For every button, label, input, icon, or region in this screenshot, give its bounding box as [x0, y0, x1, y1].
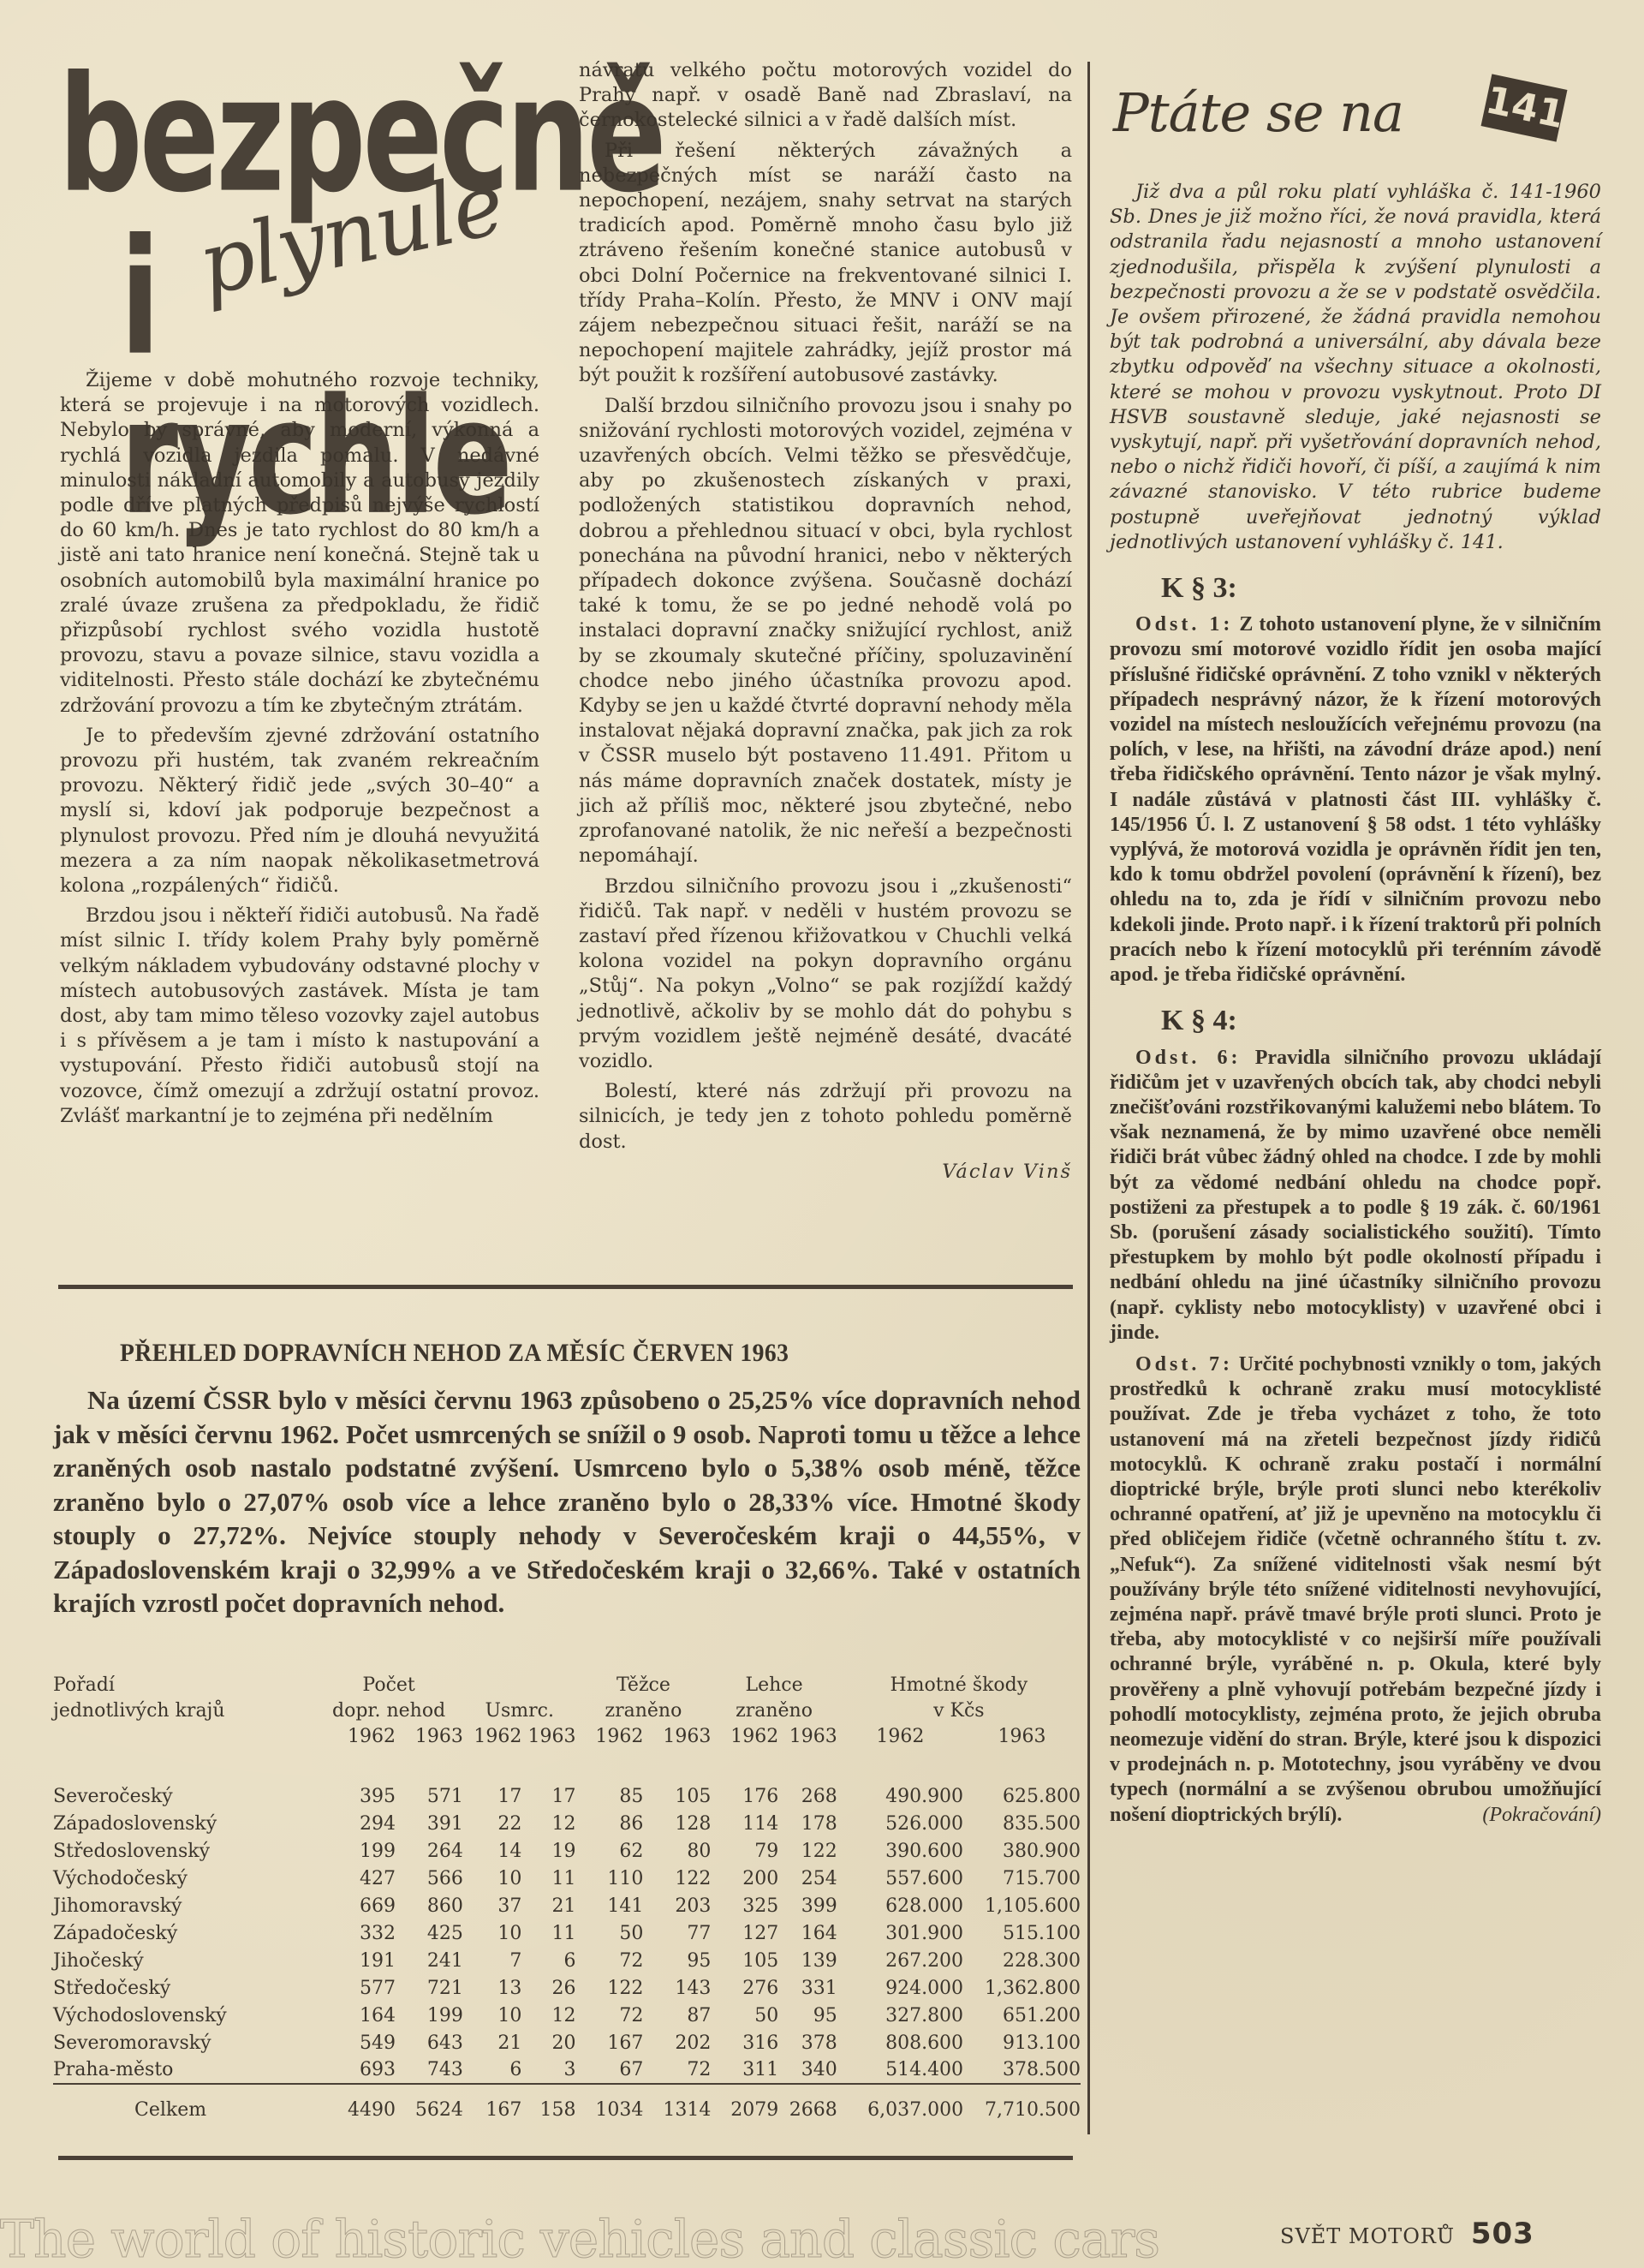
magazine-name: SVĚT MOTORŮ	[1280, 2224, 1455, 2248]
table-row: Jihočeský191241767295105139267.200228.30…	[53, 1947, 1081, 1974]
value-cell: 693	[314, 2056, 396, 2084]
value-cell: 267.200	[837, 1947, 963, 1974]
article-headline: bezpečně i rychle plynule	[51, 56, 565, 364]
value-cell: 14	[463, 1837, 521, 1865]
header-cell: Usmrc.	[463, 1700, 576, 1726]
value-cell: 176	[711, 1782, 778, 1810]
clause-paragraph: Odst. 1: Z tohoto ustanovení plyne, že v…	[1110, 612, 1601, 988]
statistics-summary: Na území ČSSR bylo v měsíci červnu 1963 …	[53, 1383, 1081, 1620]
value-cell: 378	[778, 2029, 837, 2056]
total-cell: 4490	[314, 2084, 396, 2135]
intro-paragraph: Již dva a půl roku platí vyhláška č. 141…	[1110, 180, 1601, 555]
value-cell: 860	[396, 1892, 463, 1919]
year-cell: 1962	[463, 1726, 521, 1769]
year-cell: 1963	[963, 1726, 1081, 1769]
section-divider	[58, 1285, 1073, 1289]
region-name: Severomoravský	[53, 2029, 314, 2056]
value-cell: 268	[778, 1782, 837, 1810]
value-cell: 715.700	[963, 1865, 1081, 1892]
value-cell: 139	[778, 1947, 837, 1974]
value-cell: 526.000	[837, 1810, 963, 1837]
year-cell: 1962	[575, 1726, 643, 1769]
value-cell: 490.900	[837, 1782, 963, 1810]
region-name: Praha-město	[53, 2056, 314, 2084]
header-cell	[463, 1674, 576, 1700]
value-cell: 85	[575, 1782, 643, 1810]
value-cell: 628.000	[837, 1892, 963, 1919]
rubric-title: Ptáte se na	[1113, 81, 1403, 144]
region-name: Severočeský	[53, 1782, 314, 1810]
value-cell: 164	[314, 2002, 396, 2029]
total-cell: 7,710.500	[963, 2084, 1081, 2135]
value-cell: 276	[711, 1974, 778, 2002]
value-cell: 20	[521, 2029, 575, 2056]
value-cell: 264	[396, 1837, 463, 1865]
paragraph: Žijeme v době mohutného rozvoje techniky…	[60, 368, 539, 719]
value-cell: 571	[396, 1782, 463, 1810]
total-cell: 1314	[643, 2084, 711, 2135]
value-cell: 399	[778, 1892, 837, 1919]
value-cell: 294	[314, 1810, 396, 1837]
value-cell: 228.300	[963, 1947, 1081, 1974]
table-row: Západoslovenský294391221286128114178526.…	[53, 1810, 1081, 1837]
value-cell: 316	[711, 2029, 778, 2056]
value-cell: 643	[396, 2029, 463, 2056]
value-cell: 625.800	[963, 1782, 1081, 1810]
value-cell: 380.900	[963, 1837, 1081, 1865]
value-cell: 105	[643, 1782, 711, 1810]
year-cell: 1963	[778, 1726, 837, 1769]
paragraph: Při řešení některých závažných a nebezpe…	[579, 139, 1072, 389]
table-row: Středoslovenský1992641419628079122390.60…	[53, 1837, 1081, 1865]
value-cell: 122	[575, 1974, 643, 2002]
page-number: 503	[1471, 2217, 1534, 2251]
value-cell: 86	[575, 1810, 643, 1837]
value-cell: 79	[711, 1837, 778, 1865]
value-cell: 72	[643, 2056, 711, 2084]
value-cell: 378.500	[963, 2056, 1081, 2084]
value-cell: 62	[575, 1837, 643, 1865]
value-cell: 10	[463, 2002, 521, 2029]
clause-text: Z tohoto ustanovení plyne, že v silniční…	[1110, 613, 1601, 986]
value-cell: 340	[778, 2056, 837, 2084]
table-total-row: Celkem 4490 5624 167 158 1034 1314 2079 …	[53, 2084, 1081, 2135]
value-cell: 95	[643, 1947, 711, 1974]
value-cell: 1,105.600	[963, 1892, 1081, 1919]
value-cell: 669	[314, 1892, 396, 1919]
value-cell: 178	[778, 1810, 837, 1837]
year-cell: 1963	[643, 1726, 711, 1769]
paragraph: Další brzdou silničního provozu jsou i s…	[579, 394, 1072, 869]
table-body: Severočeský395571171785105176268490.9006…	[53, 1782, 1081, 2084]
value-cell: 391	[396, 1810, 463, 1837]
value-cell: 301.900	[837, 1919, 963, 1947]
value-cell: 50	[575, 1919, 643, 1947]
value-cell: 72	[575, 2002, 643, 2029]
value-cell: 924.000	[837, 1974, 963, 2002]
value-cell: 80	[643, 1837, 711, 1865]
table-row: Severočeský395571171785105176268490.9006…	[53, 1782, 1081, 1810]
value-cell: 13	[463, 1974, 521, 2002]
region-name: Východoslovenský	[53, 2002, 314, 2029]
value-cell: 913.100	[963, 2029, 1081, 2056]
value-cell: 87	[643, 2002, 711, 2029]
table-row: Východočeský4275661011110122200254557.60…	[53, 1865, 1081, 1892]
value-cell: 72	[575, 1947, 643, 1974]
paragraph: Brzdou jsou i někteří řidiči autobusů. N…	[60, 904, 539, 1129]
total-cell: 167	[463, 2084, 521, 2135]
table-row: Severomoravský5496432120167202316378808.…	[53, 2029, 1081, 2056]
value-cell: 122	[643, 1865, 711, 1892]
table-row: Praha-město693743636772311340514.400378.…	[53, 2056, 1081, 2084]
value-cell: 515.100	[963, 1919, 1081, 1947]
year-cell: 1962	[711, 1726, 778, 1769]
region-name: Východočeský	[53, 1865, 314, 1892]
header-cell: Hmotné škody	[837, 1674, 1081, 1700]
value-cell: 17	[463, 1782, 521, 1810]
value-cell: 143	[643, 1974, 711, 2002]
value-cell: 549	[314, 2029, 396, 2056]
clause-label: Odst. 6:	[1135, 1047, 1242, 1069]
value-cell: 651.200	[963, 2002, 1081, 2029]
header-cell: v Kčs	[837, 1700, 1081, 1726]
region-name: Západoslovenský	[53, 1810, 314, 1837]
value-cell: 332	[314, 1919, 396, 1947]
region-name: Západočeský	[53, 1919, 314, 1947]
paragraph: Je to především zjevné zdržování ostatní…	[60, 724, 539, 898]
paragraph: Bolestí, které nás zdržují při provozu n…	[579, 1079, 1072, 1155]
header-cell: Počet	[314, 1674, 463, 1700]
table-bottom-rule	[58, 2156, 1073, 2160]
year-cell: 1963	[521, 1726, 575, 1769]
value-cell: 390.600	[837, 1837, 963, 1865]
accident-statistics-table: Pořadí Počet Těžce Lehce Hmotné škody je…	[53, 1674, 1081, 2135]
header-cell: jednotlivých krajů	[53, 1700, 314, 1726]
value-cell: 557.600	[837, 1865, 963, 1892]
value-cell: 577	[314, 1974, 396, 2002]
continued-note: (Pokračování)	[1456, 1803, 1601, 1828]
value-cell: 21	[463, 2029, 521, 2056]
region-name: Jihočeský	[53, 1947, 314, 1974]
value-cell: 26	[521, 1974, 575, 2002]
value-cell: 17	[521, 1782, 575, 1810]
value-cell: 141	[575, 1892, 643, 1919]
value-cell: 19	[521, 1837, 575, 1865]
value-cell: 50	[711, 2002, 778, 2029]
value-cell: 12	[521, 2002, 575, 2029]
page-footer: SVĚT MOTORŮ 503	[1280, 2217, 1534, 2251]
value-cell: 202	[643, 2029, 711, 2056]
value-cell: 835.500	[963, 1810, 1081, 1837]
value-cell: 566	[396, 1865, 463, 1892]
total-cell: 2668	[778, 2084, 837, 2135]
clause-text: Pravidla silničního provozu ukládají řid…	[1110, 1047, 1601, 1344]
value-cell: 10	[463, 1919, 521, 1947]
value-cell: 395	[314, 1782, 396, 1810]
total-cell: 158	[521, 2084, 575, 2135]
header-cell: Pořadí	[53, 1674, 314, 1700]
clause-paragraph: Odst. 7: Určité pochybnosti vznikly o to…	[1110, 1352, 1601, 1828]
section-k4: Odst. 6: Pravidla silničního provozu ukl…	[1110, 1046, 1601, 1828]
value-cell: 254	[778, 1865, 837, 1892]
total-cell: 6,037.000	[837, 2084, 963, 2135]
value-cell: 514.400	[837, 2056, 963, 2084]
value-cell: 331	[778, 1974, 837, 2002]
value-cell: 427	[314, 1865, 396, 1892]
value-cell: 6	[521, 1947, 575, 1974]
value-cell: 11	[521, 1865, 575, 1892]
region-name: Středočeský	[53, 1974, 314, 2002]
table-header-row-2: jednotlivých krajů dopr. nehod Usmrc. zr…	[53, 1700, 1081, 1726]
header-cell: zraněno	[711, 1700, 837, 1726]
value-cell: 22	[463, 1810, 521, 1837]
value-cell: 114	[711, 1810, 778, 1837]
value-cell: 21	[521, 1892, 575, 1919]
value-cell: 203	[643, 1892, 711, 1919]
year-cell: 1963	[396, 1726, 463, 1769]
rubric-number-badge: 141	[1481, 74, 1568, 141]
value-cell: 241	[396, 1947, 463, 1974]
clause-paragraph: Odst. 6: Pravidla silničního provozu ukl…	[1110, 1046, 1601, 1346]
paragraph: Brzdou silničního provozu jsou i „zkušen…	[579, 874, 1072, 1075]
value-cell: 164	[778, 1919, 837, 1947]
value-cell: 6	[463, 2056, 521, 2084]
rubric-intro: Již dva a půl roku platí vyhláška č. 141…	[1110, 180, 1601, 555]
total-cell: 5624	[396, 2084, 463, 2135]
header-cell: zraněno	[575, 1700, 711, 1726]
table-row: Západočeský33242510115077127164301.90051…	[53, 1919, 1081, 1947]
value-cell: 721	[396, 1974, 463, 2002]
year-cell: 1962	[837, 1726, 963, 1769]
header-cell: dopr. nehod	[314, 1700, 463, 1726]
table-header-row-1: Pořadí Počet Těžce Lehce Hmotné škody	[53, 1674, 1081, 1700]
value-cell: 199	[396, 2002, 463, 2029]
table-row: Východoslovenský164199101272875095327.80…	[53, 2002, 1081, 2029]
section-k3: Odst. 1: Z tohoto ustanovení plyne, že v…	[1110, 612, 1601, 988]
value-cell: 12	[521, 1810, 575, 1837]
value-cell: 10	[463, 1865, 521, 1892]
value-cell: 7	[463, 1947, 521, 1974]
value-cell: 199	[314, 1837, 396, 1865]
region-name: Středoslovenský	[53, 1837, 314, 1865]
header-cell: Lehce	[711, 1674, 837, 1700]
value-cell: 1,362.800	[963, 1974, 1081, 2002]
value-cell: 67	[575, 2056, 643, 2084]
watermark-text: The world of historic vehicles and class…	[0, 2210, 1159, 2268]
value-cell: 105	[711, 1947, 778, 1974]
value-cell: 311	[711, 2056, 778, 2084]
clause-label: Odst. 1:	[1135, 613, 1233, 636]
year-cell: 1962	[314, 1726, 396, 1769]
table-row: Jihomoravský6698603721141203325399628.00…	[53, 1892, 1081, 1919]
value-cell: 808.600	[837, 2029, 963, 2056]
value-cell: 95	[778, 2002, 837, 2029]
value-cell: 128	[643, 1810, 711, 1837]
header-cell: Těžce	[575, 1674, 711, 1700]
rubric-column: Již dva a půl roku platí vyhláška č. 141…	[1110, 180, 1601, 1835]
article-column-1: Žijeme v době mohutného rozvoje techniky…	[60, 368, 539, 1134]
value-cell: 122	[778, 1837, 837, 1865]
table-year-row: 1962 1963 1962 1963 1962 1963 1962 1963 …	[53, 1726, 1081, 1769]
clause-text: Určité pochybnosti vznikly o tom, jakých…	[1110, 1353, 1601, 1826]
total-label: Celkem	[53, 2084, 314, 2135]
value-cell: 200	[711, 1865, 778, 1892]
value-cell: 743	[396, 2056, 463, 2084]
value-cell: 167	[575, 2029, 643, 2056]
total-cell: 2079	[711, 2084, 778, 2135]
value-cell: 37	[463, 1892, 521, 1919]
section-heading-k3: K § 3:	[1110, 576, 1601, 600]
paragraph: návratu velkého počtu motorových vozidel…	[579, 58, 1072, 134]
value-cell: 127	[711, 1919, 778, 1947]
section-heading-k4: K § 4:	[1110, 1008, 1601, 1033]
clause-label: Odst. 7:	[1135, 1353, 1233, 1376]
article-column-2: návratu velkého počtu motorových vozidel…	[579, 58, 1072, 1185]
author-byline: Václav Vinš	[579, 1160, 1072, 1185]
value-cell: 3	[521, 2056, 575, 2084]
table-row: Středočeský5777211326122143276331924.000…	[53, 1974, 1081, 2002]
value-cell: 110	[575, 1865, 643, 1892]
value-cell: 425	[396, 1919, 463, 1947]
value-cell: 11	[521, 1919, 575, 1947]
total-cell: 1034	[575, 2084, 643, 2135]
value-cell: 77	[643, 1919, 711, 1947]
value-cell: 327.800	[837, 2002, 963, 2029]
column-divider	[1087, 62, 1090, 2134]
statistics-title: PŘEHLED DOPRAVNÍCH NEHOD ZA MĚSÍC ČERVEN…	[120, 1339, 947, 1368]
value-cell: 191	[314, 1947, 396, 1974]
value-cell: 325	[711, 1892, 778, 1919]
region-name: Jihomoravský	[53, 1892, 314, 1919]
